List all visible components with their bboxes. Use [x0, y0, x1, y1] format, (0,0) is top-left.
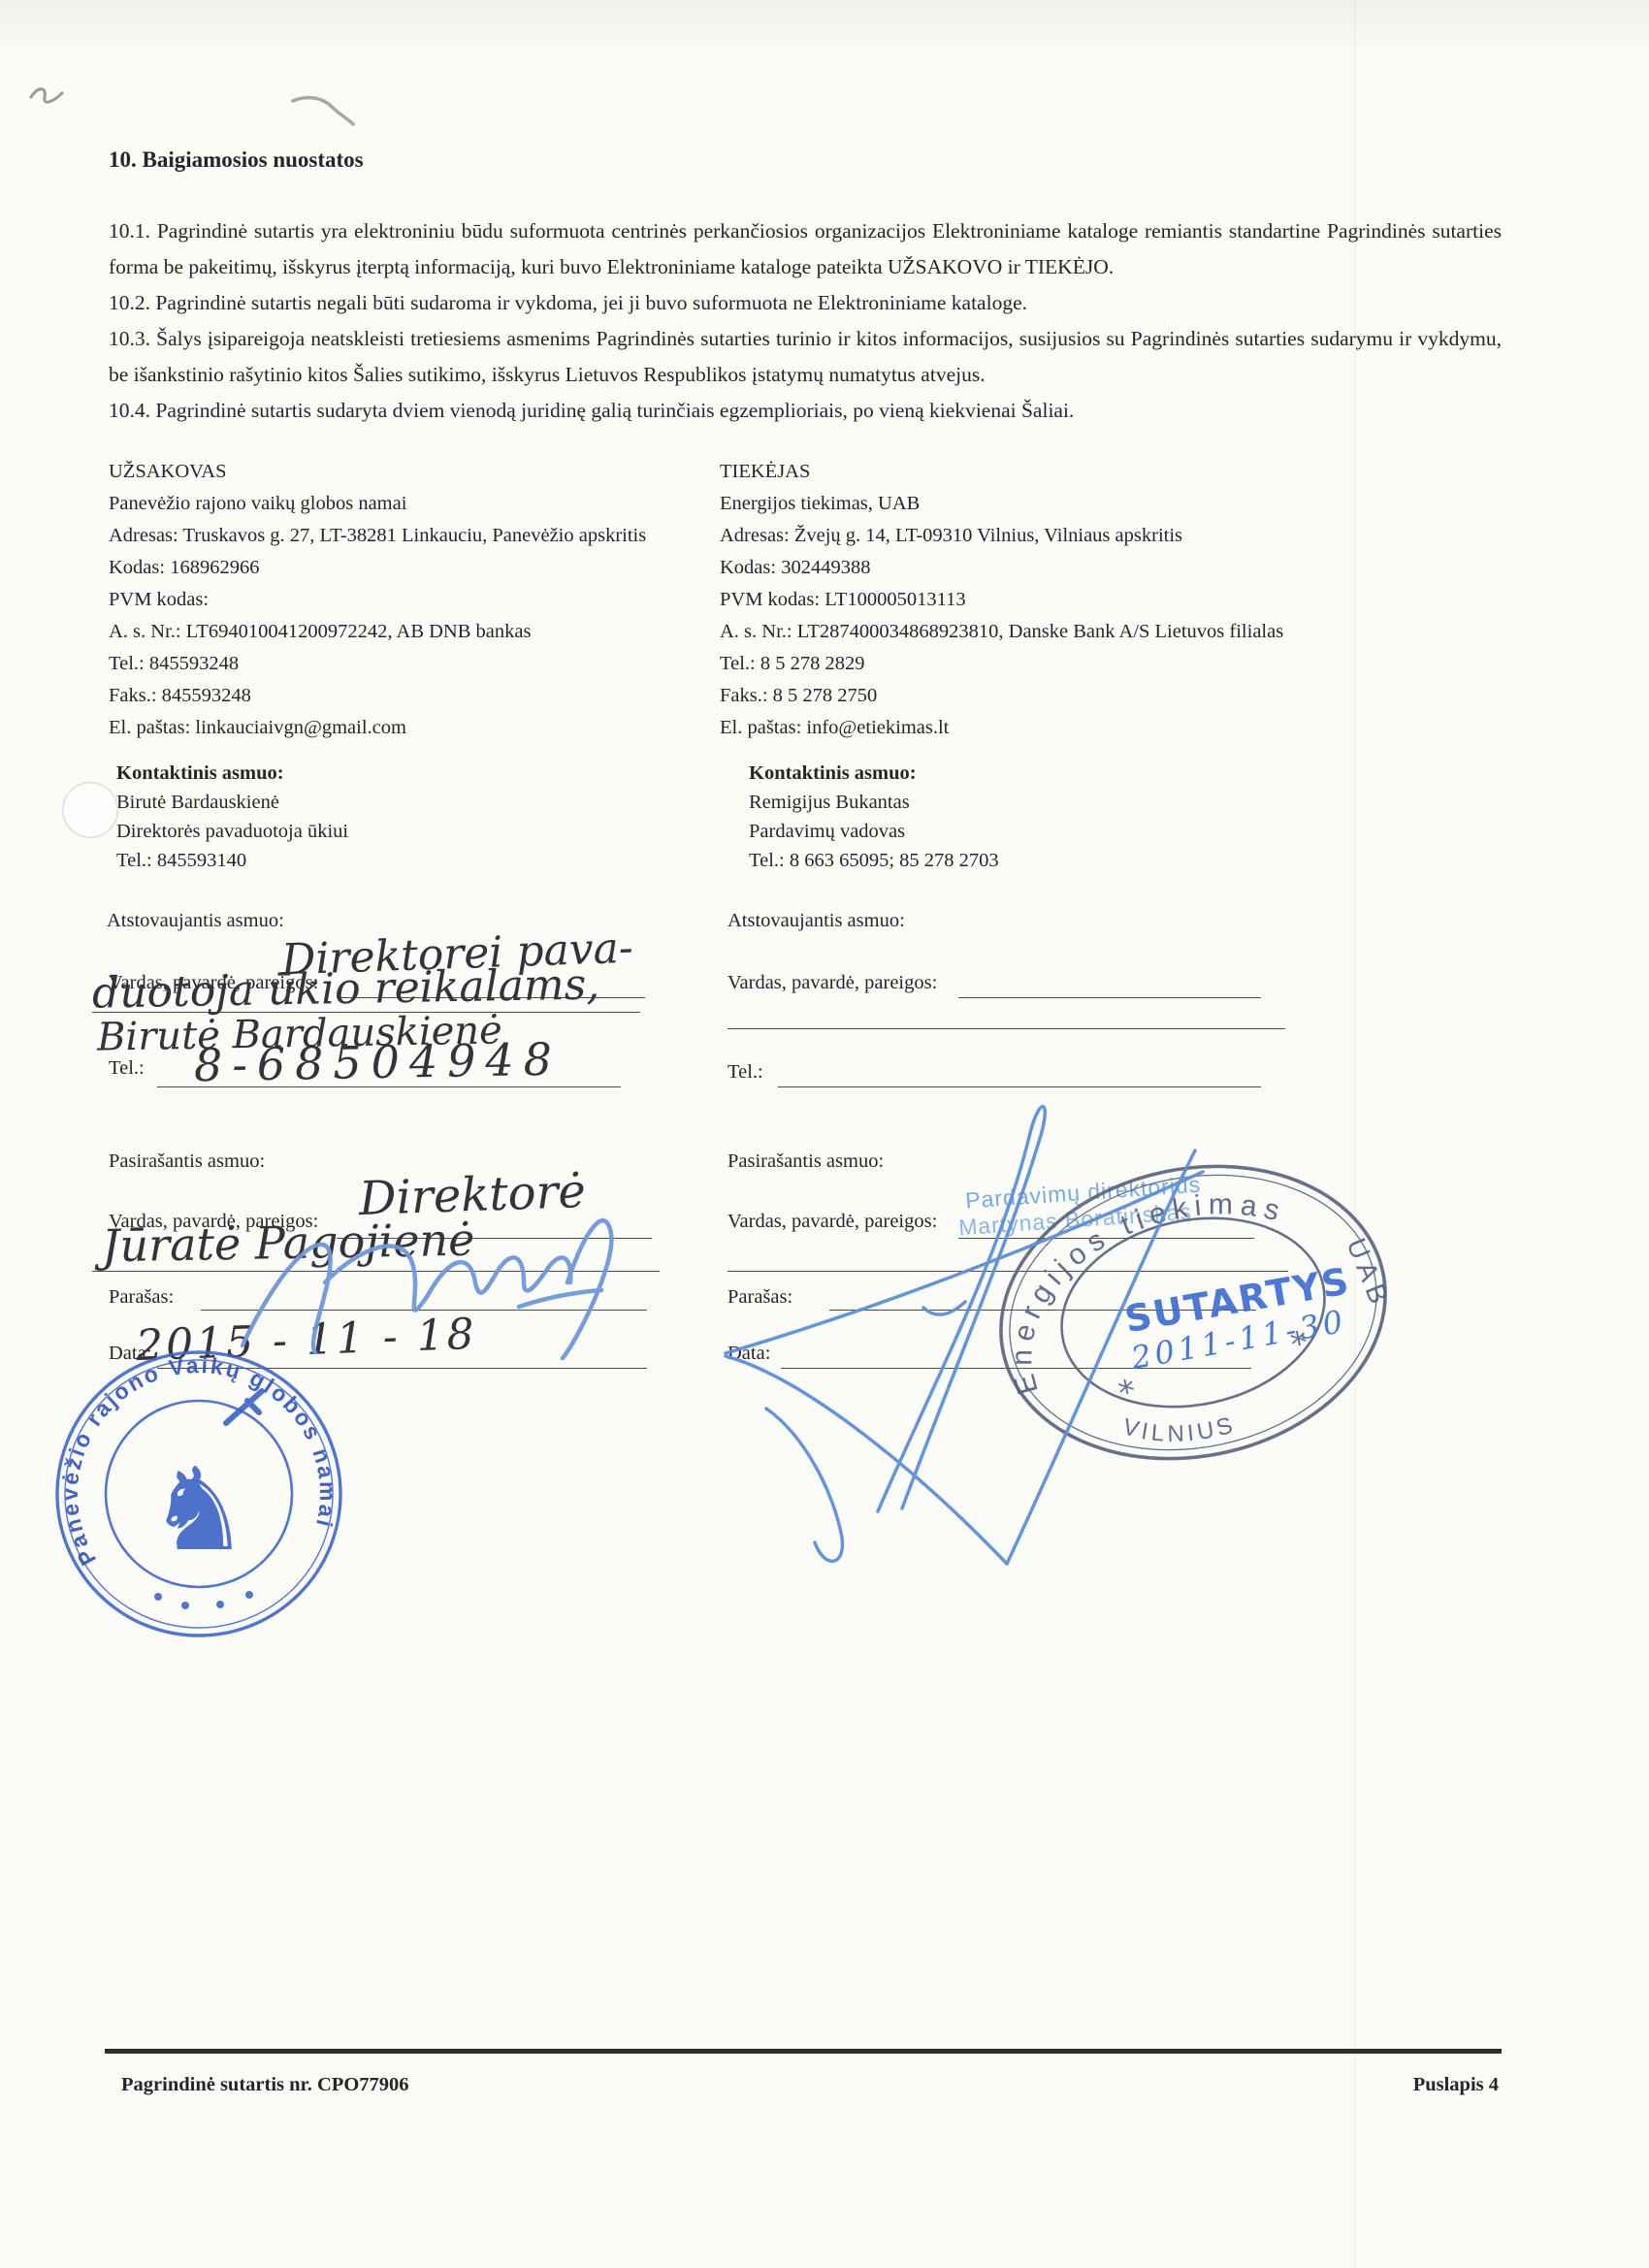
supplier-stamp-ring-bottom-text: VILNIUS: [1115, 1392, 1240, 1462]
supplier-signer-name-line1: [958, 1238, 1254, 1239]
supplier-rep-heading: Atstovaujantis asmuo:: [727, 910, 905, 932]
supplier-rep-tel-line: [778, 1086, 1261, 1087]
supplier-signer-name-label: Vardas, pavardė, pareigos:: [727, 1211, 937, 1233]
supplier-contact-heading: Kontaktinis asmuo:: [749, 759, 999, 788]
footer-rule: [105, 2049, 1502, 2054]
supplier-address: Adresas: Žvejų g. 14, LT-09310 Vilnius, …: [720, 520, 1525, 552]
hole-punch-mark: [62, 782, 118, 838]
scanned-contract-page: 10. Baigiamosios nuostatos 10.1. Pagrind…: [0, 0, 1649, 2268]
buyer-role-heading: UŽSAKOVAS: [109, 456, 715, 488]
clause-10-4: 10.4. Pagrindinė sutartis sudaryta dviem…: [109, 393, 1502, 429]
footer-contract-number: Pagrindinė sutartis nr. CPO77906: [121, 2074, 409, 2096]
supplier-rep-name-label: Vardas, pavardė, pareigos:: [727, 972, 937, 994]
buyer-rep-heading: Atstovaujantis asmuo:: [107, 910, 284, 932]
buyer-signer-heading: Pasirašantis asmuo:: [109, 1150, 265, 1173]
buyer-code: Kodas: 168962966: [109, 552, 715, 584]
buyer-stamp-ring-text: Panevėžio rajono Vaikų globos namai: [57, 1352, 340, 1570]
svg-text:Panevėžio rajono Vaikų glob: Panevėžio rajono Vaikų globos namai: [57, 1352, 340, 1570]
supplier-fax: Faks.: 8 5 278 2750: [720, 680, 1525, 712]
clause-10-2: 10.2. Pagrindinė sutartis negali būti su…: [109, 285, 1502, 321]
supplier-date-handwriting: 2011-11-30: [1127, 1303, 1349, 1377]
clause-10-1: 10.1. Pagrindinė sutartis yra elektronin…: [109, 213, 1502, 285]
buyer-name: Panevėžio rajono vaikų globos namai: [109, 488, 715, 520]
svg-text:VILNIUS: VILNIUS: [1115, 1392, 1240, 1462]
footer-page-number: Puslapis 4: [1305, 2074, 1499, 2096]
supplier-contact-block: Kontaktinis asmuo: Remigijus Bukantas Pa…: [749, 759, 999, 875]
supplier-contact-name: Remigijus Bukantas: [749, 788, 999, 817]
vytis-sword-icon: [226, 1391, 262, 1423]
buyer-stamp-dots: [154, 1591, 253, 1609]
supplier-code: Kodas: 302449388: [720, 552, 1525, 584]
supplier-rep-name-line1: [958, 997, 1261, 998]
supplier-phone: Tel.: 8 5 278 2829: [720, 648, 1525, 680]
buyer-account: A. s. Nr.: LT694010041200972242, AB DNB …: [109, 616, 715, 648]
buyer-rep-tel-handwriting: 8-68504948: [194, 1037, 563, 1088]
clauses-block: 10.1. Pagrindinė sutartis yra elektronin…: [109, 213, 1502, 429]
buyer-rep-tel-label: Tel.:: [109, 1057, 145, 1080]
supplier-signer-heading: Pasirašantis asmuo:: [727, 1150, 884, 1173]
supplier-stamp-star-right: *: [1287, 1324, 1311, 1366]
buyer-rep-handwriting-line2: duotoja ūkio reikalams,: [92, 963, 600, 1015]
supplier-email: El. paštas: info@etiekimas.lt: [720, 712, 1525, 744]
supplier-date-line: [781, 1368, 1251, 1369]
supplier-stamp-ring-right-text: UAB: [1341, 1234, 1396, 1313]
buyer-phone: Tel.: 845593248: [109, 648, 715, 680]
buyer-signer-handwriting-line2: Jūratė Pagojienė: [102, 1217, 475, 1269]
buyer-contact-block: Kontaktinis asmuo: Birutė Bardauskienė D…: [116, 759, 348, 875]
vytis-knight-icon: ♞: [147, 1442, 250, 1576]
buyer-fax: Faks.: 845593248: [109, 680, 715, 712]
buyer-contact-heading: Kontaktinis asmuo:: [116, 759, 348, 788]
buyer-email: El. paštas: linkauciaivgn@gmail.com: [109, 712, 715, 744]
supplier-signature-label: Parašas:: [727, 1286, 792, 1309]
buyer-address: Adresas: Truskavos g. 27, LT-38281 Linka…: [109, 520, 715, 552]
supplier-account: A. s. Nr.: LT287400034868923810, Danske …: [720, 616, 1525, 648]
scan-edge-shading: [0, 0, 1649, 58]
supplier-rep-name-line2: [727, 1028, 1285, 1029]
supplier-role-heading: TIEKĖJAS: [720, 456, 1525, 488]
supplier-signature-line: [829, 1310, 1256, 1311]
supplier-signature-ink: [708, 1057, 1329, 1581]
buyer-date-handwriting: 2015 - 11 - 18: [135, 1313, 477, 1368]
buyer-contact-title: Direktorės pavaduotoja ūkiui: [116, 817, 348, 846]
pencil-scribble-marks: [19, 68, 388, 155]
buyer-signature-label: Parašas:: [109, 1286, 174, 1309]
buyer-contact-name: Birutė Bardauskienė: [116, 788, 348, 817]
supplier-date-label: Data:: [727, 1343, 770, 1365]
supplier-signer-name-line2: [727, 1271, 1288, 1272]
supplier-contact-phone: Tel.: 8 663 65095; 85 278 2703: [749, 846, 999, 875]
supplier-rep-tel-label: Tel.:: [727, 1061, 763, 1084]
buyer-signer-name-line2: [92, 1271, 660, 1272]
buyer-stamp: Panevėžio rajono Vaikų globos namai ♞: [53, 1350, 344, 1641]
supplier-details-block: TIEKĖJAS Energijos tiekimas, UAB Adresas…: [720, 456, 1525, 744]
buyer-vat: PVM kodas:: [109, 584, 715, 616]
supplier-name: Energijos tiekimas, UAB: [720, 488, 1525, 520]
buyer-contact-phone: Tel.: 845593140: [116, 846, 348, 875]
buyer-date-line: [157, 1368, 647, 1369]
supplier-vat: PVM kodas: LT100005013113: [720, 584, 1525, 616]
clause-10-3: 10.3. Šalys įsipareigoja neatskleisti tr…: [109, 321, 1502, 393]
supplier-contact-title: Pardavimų vadovas: [749, 817, 999, 846]
supplier-stamp-star-left: *: [1115, 1373, 1140, 1414]
buyer-details-block: UŽSAKOVAS Panevėžio rajono vaikų globos …: [109, 456, 715, 744]
